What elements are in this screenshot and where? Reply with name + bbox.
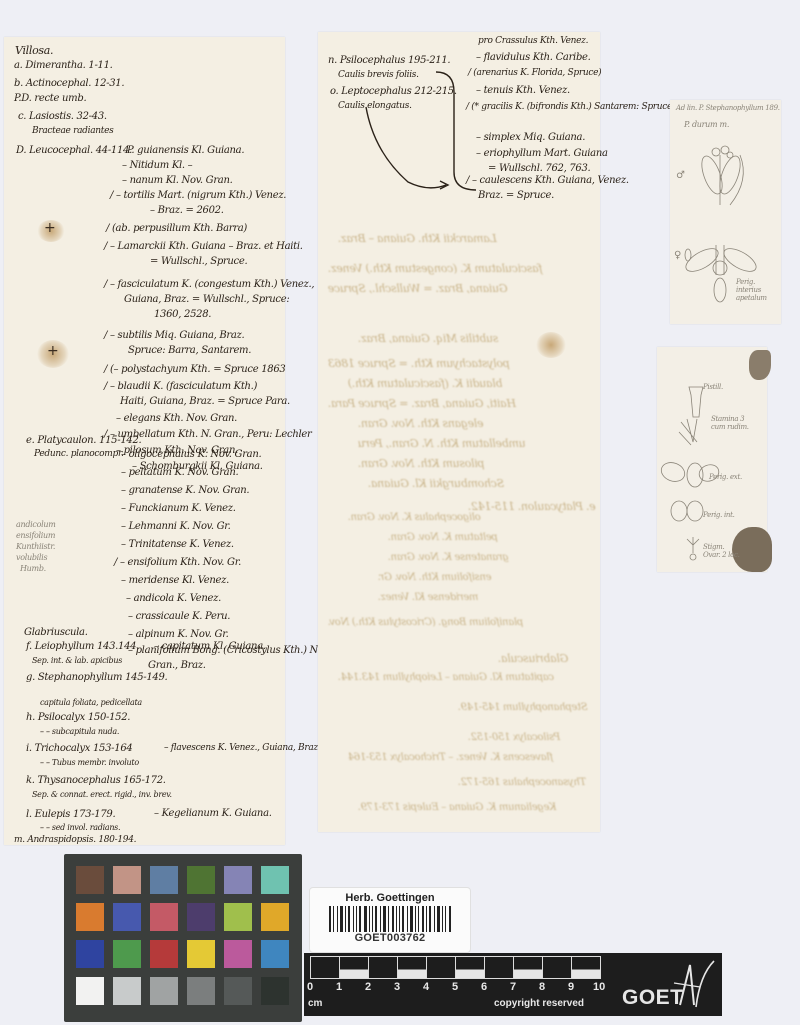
glab-g-sub: capitula foliata, pedicellata	[40, 698, 142, 707]
section-e-species-3: – Funckianum K. Venez.	[121, 503, 236, 514]
species-d-6: / – Lamarckii Kth. Guiana – Braz. et Hai…	[104, 241, 303, 252]
ruler-number: 3	[394, 981, 400, 993]
ruler-number: 5	[452, 981, 458, 993]
color-patch	[261, 977, 289, 1005]
scale-bar: 012345678910 cm copyright reserved GOET	[304, 953, 722, 1016]
ruler-segment	[484, 956, 514, 979]
color-patch	[261, 866, 289, 894]
species-d-14: / – blaudii K. (fasciculatum Kth.)	[104, 381, 257, 392]
glab-m: m. Andraspidopsis. 180-194.	[14, 835, 136, 845]
ruler-segment	[368, 956, 398, 979]
stain-spot	[536, 332, 566, 358]
bleed-through-text: Thysanocephalus 165-172.	[458, 777, 586, 788]
color-patch	[261, 940, 289, 968]
glabriuscula-heading: Glabriuscula.	[24, 627, 88, 638]
sketch-card-bottom: Pistill. Stamina 3 cum rudim. Perig. ext…	[657, 347, 767, 572]
color-patch	[187, 903, 215, 931]
glab-h: h. Psilocalyx 150-152.	[26, 712, 130, 723]
species-d-2: – nanum Kl. Nov. Gran.	[122, 175, 233, 186]
bracket-arrow-drawing	[318, 32, 600, 212]
cross-mark: +	[44, 220, 56, 236]
section-e-species-2: – granatense K. Nov. Gran.	[121, 485, 249, 496]
color-patch	[224, 903, 252, 931]
cross-mark: +	[47, 343, 59, 359]
flower-sketch-icon	[670, 100, 781, 324]
ruler-number: 9	[568, 981, 574, 993]
pencil-margin-note: Humb.	[20, 564, 46, 573]
middle-note-sheet: pro Crassulus Kth. Venez. n. Psilocephal…	[318, 32, 600, 832]
section-c-note: Bracteae radiantes	[32, 126, 113, 136]
color-patch	[187, 940, 215, 968]
bleed-through-text: Psilocalyx 150-152.	[468, 732, 560, 743]
bleed-through-text: Lamarckii Kth. Guiana – Braz.	[338, 232, 497, 245]
species-d-13: / (– polystachyum Kth. = Spruce 1863	[104, 364, 285, 375]
section-e-species-4: – Lehmanni K. Nov. Gr.	[121, 521, 231, 532]
section-e-species-0: – oligocephalus K. Nov. Gran.	[121, 449, 261, 460]
ruler-number: 6	[481, 981, 487, 993]
glab-f: f. Leiophyllum 143.144.	[26, 641, 139, 652]
glab-k-sub: Sep. & connat. erect. rigid., inv. brev.	[32, 790, 172, 799]
color-patch	[150, 903, 178, 931]
left-note-sheet: Villosa. a. Dimerantha. 1-11. b. Actinoc…	[4, 37, 285, 845]
bleed-through-text: granatense K. Nov. Gran.	[388, 552, 509, 563]
species-d-9: Guiana, Braz. = Wullschl., Spruce:	[124, 294, 289, 305]
color-patch	[150, 866, 178, 894]
bleed-through-text: polystachyum Kth. = Spruce 1863	[328, 357, 510, 370]
heading-villosa: Villosa.	[15, 44, 53, 57]
color-patch	[187, 866, 215, 894]
sketch-card-top: Ad lin. P. Stephanophyllum 189. P. durum…	[670, 100, 781, 324]
color-checker-card	[64, 854, 302, 1022]
bleed-through-text: Guiana, Braz. = Wullschl., Spruce	[328, 282, 508, 295]
glab-g: g. Stephanophyllum 145-149.	[26, 672, 167, 683]
color-patch	[150, 977, 178, 1005]
bleed-through-text: e. Platycaulon. 115-142.	[468, 500, 596, 513]
floral-parts-sketch-icon	[657, 347, 767, 572]
color-patch	[224, 866, 252, 894]
ruler-segment	[571, 956, 601, 979]
species-d-0: P. guianensis Kl. Guiana.	[127, 145, 244, 156]
species-d-11: / – subtilis Miq. Guiana, Braz.	[104, 330, 244, 341]
bleed-through-text: pilosum Kth. Nov. Gran.	[358, 457, 485, 470]
bleed-through-text: fasciculatum K. (congestum Kth.) Venez.	[328, 262, 542, 275]
glab-h-sub: – – subcapitula nuda.	[40, 727, 119, 736]
section-d: D. Leucocephal. 44-114.	[16, 145, 132, 156]
unit-label: cm	[308, 998, 322, 1009]
color-patch	[113, 940, 141, 968]
pencil-margin-note: ensifolium	[16, 531, 55, 540]
section-b: b. Actinocephal. 12-31.	[14, 78, 124, 89]
color-patch	[224, 940, 252, 968]
section-e-title: e. Platycaulon. 115-142.	[26, 435, 141, 446]
bleed-through-text: subtilis Miq. Guiana, Braz.	[358, 332, 498, 345]
section-a: a. Dimerantha. 1-11.	[14, 60, 113, 71]
species-d-15: Haiti, Guiana, Braz. = Spruce Para.	[120, 396, 290, 407]
copyright-text: copyright reserved	[494, 998, 584, 1009]
color-patch	[224, 977, 252, 1005]
species-d-10: 1360, 2528.	[154, 309, 211, 320]
bleed-through-text: meridense Kl. Venez.	[378, 592, 478, 603]
section-e-species-10: – alpinum K. Nov. Gr.	[128, 629, 228, 640]
ruler-segment	[542, 956, 572, 979]
species-d-1: – Nitidum Kl. –	[122, 160, 192, 171]
section-e-species-8: – andicola K. Venez.	[126, 593, 221, 604]
ruler-number: 4	[423, 981, 429, 993]
section-e-species-7: – meridense Kl. Venez.	[121, 575, 229, 586]
goettingen-logo-icon	[666, 955, 716, 1013]
ruler-segment	[513, 956, 543, 979]
color-patch	[113, 977, 141, 1005]
color-patch	[76, 977, 104, 1005]
bleed-through-text: Stephanophyllum 145-149.	[458, 702, 588, 713]
section-c: c. Lasiostis. 32-43.	[18, 111, 107, 122]
species-d-8: / – fasciculatum K. (congestum Kth.) Ven…	[104, 279, 314, 290]
section-e-note: Pedunc. planocompr.	[34, 449, 124, 459]
herbarium-name: Herb. Goettingen	[310, 892, 470, 904]
color-patch	[150, 940, 178, 968]
species-d-16: – elegans Kth. Nov. Gran.	[116, 413, 237, 424]
section-e-species-9: – crassicaule K. Peru.	[128, 611, 230, 622]
species-d-12: Spruce: Barra, Santarem.	[128, 345, 251, 356]
color-patch	[76, 903, 104, 931]
section-e-species-12: Gran., Braz.	[148, 660, 206, 671]
bleed-through-text: ensifolium Kth. Nov. Gr.	[378, 572, 491, 583]
ruler-number: 10	[593, 981, 605, 993]
ruler-segment	[397, 956, 427, 979]
color-patch	[261, 903, 289, 931]
color-patch	[113, 903, 141, 931]
bleed-through-text: Schomburgkii Kl. Guiana.	[368, 477, 504, 490]
ruler-segment	[339, 956, 369, 979]
pencil-margin-note: Kunthiistr.	[16, 542, 55, 551]
color-patch	[113, 866, 141, 894]
ruler-number: 0	[307, 981, 313, 993]
section-e-species-1: – peltatum K. Nov. Gran.	[121, 467, 238, 478]
color-patch	[76, 940, 104, 968]
pencil-margin-note: andicolum	[16, 520, 56, 529]
species-d-5: / (ab. perpusillum Kth. Barra)	[106, 223, 247, 234]
glab-l-sub: – – sed invol. radians.	[40, 823, 120, 832]
bleed-through-text: oligocephalus K. Nov. Gran.	[348, 512, 481, 523]
bleed-through-text: blaudii K. (fasciculatum Kth.)	[348, 377, 503, 390]
species-d-4: – Braz. = 2602.	[150, 205, 224, 216]
ruler-number: 7	[510, 981, 516, 993]
glab-l-right: – Kegelianum K. Guiana.	[154, 808, 272, 819]
pencil-margin-note: volubilis	[16, 553, 47, 562]
ruler-number: 1	[336, 981, 342, 993]
bleed-through-text: Haiti, Guiana, Braz. = Spruce Para.	[328, 397, 516, 410]
color-patch	[76, 866, 104, 894]
specimen-code: GOET003762	[310, 932, 470, 944]
barcode-label: Herb. Goettingen GOET003762	[309, 887, 471, 953]
section-e-species-5: – Trinitatense K. Venez.	[121, 539, 234, 550]
bleed-through-text: Kegelianum K. Guiana – Eulepis 173-179.	[358, 802, 556, 813]
barcode-icon	[329, 906, 451, 932]
ruler-segment	[455, 956, 485, 979]
glab-i-sub: – – Tubus membr. involuto	[40, 758, 139, 767]
ruler-number: 2	[365, 981, 371, 993]
section-b-note: P.D. recte umb.	[14, 93, 86, 104]
glab-f-right: – capitatum Kl. Guiana.	[154, 641, 266, 652]
bleed-through-text: flavescens K. Venez. – Trichocalyx 153-1…	[348, 752, 553, 763]
ruler-number: 8	[539, 981, 545, 993]
glab-l: l. Eulepis 173-179.	[26, 809, 115, 820]
glab-i: i. Trichocalyx 153-164	[26, 743, 132, 754]
ruler-segment	[426, 956, 456, 979]
bleed-through-text: Glabriuscula.	[498, 652, 568, 665]
species-d-3: / – tortilis Mart. (nigrum Kth.) Venez.	[110, 190, 286, 201]
glab-i-right: – flavescens K. Venez., Guiana, Braz.	[164, 743, 320, 753]
glab-k: k. Thysanocephalus 165-172.	[26, 775, 166, 786]
bleed-through-text: umbellatum Kth. N. Gran., Peru	[358, 437, 526, 450]
section-e-species-6: / – ensifolium Kth. Nov. Gr.	[114, 557, 241, 568]
glab-f-sub: Sep. int. & lab. apicibus	[32, 656, 122, 665]
bleed-through-text: capitatum Kl. Guiana – Leiophyllum 143.1…	[338, 672, 554, 683]
bleed-through-text: peltatum K. Nov. Gran.	[388, 532, 498, 543]
bleed-through-text: planifolium Bong. (Cricostylus Kth.) Nov…	[328, 617, 523, 628]
bleed-through-text: elegans Kth. Nov. Gran.	[358, 417, 484, 430]
ruler-segment	[310, 956, 340, 979]
species-d-7: = Wullschl., Spruce.	[150, 256, 247, 267]
color-patch	[187, 977, 215, 1005]
